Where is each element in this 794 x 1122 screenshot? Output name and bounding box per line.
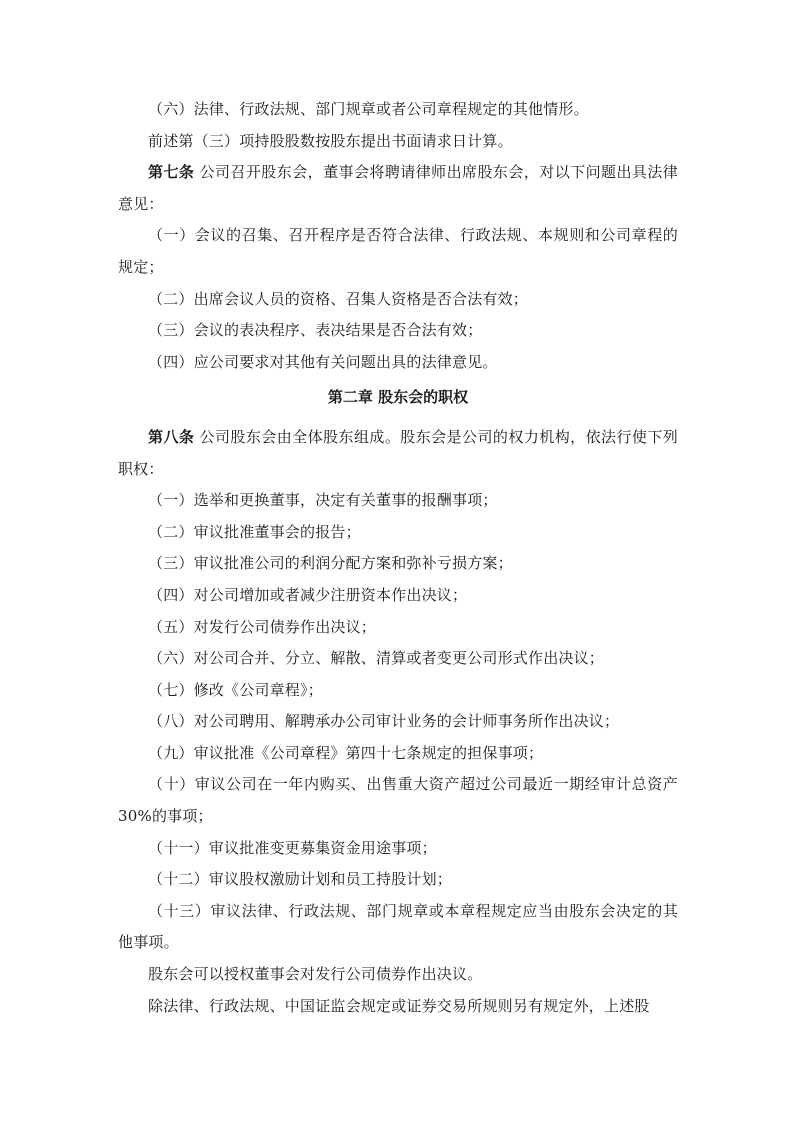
chapter-2-heading: 第二章 股东会的职权 <box>118 382 678 414</box>
article-7-item-4: （四）应公司要求对其他有关问题出具的法律意见。 <box>118 347 678 379</box>
article-8-item-1: （一）选举和更换董事，决定有关董事的报酬事项； <box>118 485 678 517</box>
article-7-item-3: （三）会议的表决程序、表决结果是否合法有效； <box>118 315 678 347</box>
article-8-item-13: （十三）审议法律、行政法规、部门规章或本章程规定应当由股东会决定的其他事项。 <box>118 896 678 959</box>
article-8-item-8: （八）对公司聘用、解聘承办公司审计业务的会计师事务所作出决议； <box>118 706 678 738</box>
article-8-item-11: （十一）审议批准变更募集资金用途事项； <box>118 833 678 865</box>
article-8-item-6: （六）对公司合并、分立、解散、清算或者变更公司形式作出决议； <box>118 643 678 675</box>
article-8-item-10: （十）审议公司在一年内购买、出售重大资产超过公司最近一期经审计总资产 30%的事… <box>118 769 678 832</box>
article-8-item-7: （七）修改《公司章程》； <box>118 675 678 707</box>
article-8-label: 第八条 <box>148 428 194 446</box>
article-7: 第七条 公司召开股东会，董事会将聘请律师出席股东会，对以下问题出具法律意见： <box>118 157 678 220</box>
article-8-item-5: （五）对发行公司债券作出决议； <box>118 612 678 644</box>
article-8-text: 公司股东会由全体股东组成。股东会是公司的权力机构，依法行使下列职权： <box>118 428 678 478</box>
paragraph-authorize-board: 股东会可以授权董事会对发行公司债券作出决议。 <box>118 959 678 991</box>
article-8-item-2: （二）审议批准董事会的报告； <box>118 517 678 549</box>
article-7-item-1: （一）会议的召集、召开程序是否符合法律、行政法规、本规则和公司章程的规定； <box>118 220 678 283</box>
article-7-label: 第七条 <box>148 163 194 181</box>
article-8-item-3: （三）审议批准公司的利润分配方案和弥补亏损方案； <box>118 548 678 580</box>
article-8: 第八条 公司股东会由全体股东组成。股东会是公司的权力机构，依法行使下列职权： <box>118 422 678 485</box>
document-page: （六）法律、行政法规、部门规章或者公司章程规定的其他情形。 前述第（三）项持股股… <box>118 94 678 1022</box>
article-8-item-4: （四）对公司增加或者减少注册资本作出决议； <box>118 580 678 612</box>
article-7-item-2: （二）出席会议人员的资格、召集人资格是否合法有效； <box>118 284 678 316</box>
paragraph-share-calculation: 前述第（三）项持股股数按股东提出书面请求日计算。 <box>118 126 678 158</box>
article-7-text: 公司召开股东会，董事会将聘请律师出席股东会，对以下问题出具法律意见： <box>118 163 678 213</box>
paragraph-exceptions: 除法律、行政法规、中国证监会规定或证券交易所规则另有规定外，上述股 <box>118 991 678 1023</box>
paragraph-other-circumstances: （六）法律、行政法规、部门规章或者公司章程规定的其他情形。 <box>118 94 678 126</box>
article-8-item-12: （十二）审议股权激励计划和员工持股计划； <box>118 864 678 896</box>
article-8-item-9: （九）审议批准《公司章程》第四十七条规定的担保事项； <box>118 738 678 770</box>
